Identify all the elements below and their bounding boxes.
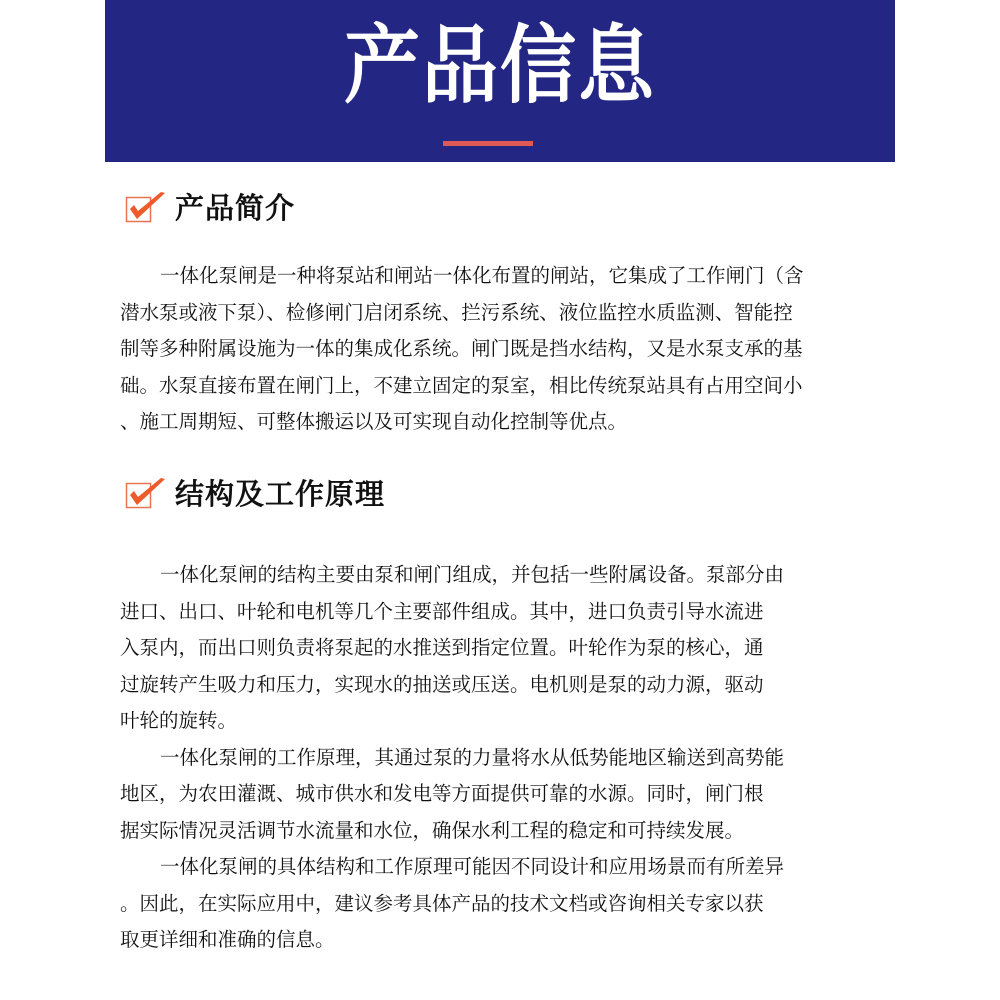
section-body-product-intro: 一体化泵闸是一种将泵站和闸站一体化布置的闸站，它集成了工作闸门（含 潜水泵或液下… [120, 258, 890, 441]
paragraph-line: 地区，为农田灌溉、城市供水和发电等方面提供可靠的水源。同时，闸门根 [120, 776, 890, 813]
title-underline-divider [443, 141, 533, 146]
checkbox-checked-icon [125, 191, 167, 225]
paragraph-line: 入泵内，而出口则负责将泵起的水推送到指定位置。叶轮作为泵的核心，通 [120, 630, 890, 667]
paragraph-line: 据实际情况灵活调节水流量和水位，确保水利工程的稳定和可持续发展。 [120, 813, 890, 850]
paragraph-line: 进口、出口、叶轮和电机等几个主要部件组成。其中，进口负责引导水流进 [120, 594, 890, 631]
section-header-structure-principle: 结构及工作原理 [125, 474, 385, 514]
paragraph-line: 一体化泵闸的工作原理，其通过泵的力量将水从低势能地区输送到高势能 [120, 740, 890, 777]
section-title: 产品简介 [175, 188, 295, 228]
paragraph-line: 制等多种附属设施为一体的集成化系统。闸门既是挡水结构，又是水泵支承的基 [120, 331, 890, 368]
paragraph-line: 一体化泵闸是一种将泵站和闸站一体化布置的闸站，它集成了工作闸门（含 [120, 258, 890, 295]
paragraph-line: 取更详细和准确的信息。 [120, 922, 890, 959]
paragraph-line: 潜水泵或液下泵）、检修闸门启闭系统、拦污系统、液位监控水质监测、智能控 [120, 295, 890, 332]
checkbox-checked-icon [125, 477, 167, 511]
header-banner: 产品信息 [105, 0, 895, 162]
page-title: 产品信息 [105, 23, 895, 108]
paragraph-line: 一体化泵闸的具体结构和工作原理可能因不同设计和应用场景而有所差异 [120, 849, 890, 886]
paragraph-line: 一体化泵闸的结构主要由泵和闸门组成，并包括一些附属设备。泵部分由 [120, 557, 890, 594]
section-body-structure-principle: 一体化泵闸的结构主要由泵和闸门组成，并包括一些附属设备。泵部分由 进口、出口、叶… [120, 557, 890, 959]
paragraph-line: 。因此，在实际应用中，建议参考具体产品的技术文档或咨询相关专家以获 [120, 886, 890, 923]
section-title: 结构及工作原理 [175, 474, 385, 514]
section-header-product-intro: 产品简介 [125, 188, 295, 228]
paragraph-line: 、施工周期短、可整体搬运以及可实现自动化控制等优点。 [120, 404, 890, 441]
paragraph-line: 叶轮的旋转。 [120, 703, 890, 740]
paragraph-line: 础。水泵直接布置在闸门上，不建立固定的泵室，相比传统泵站具有占用空间小 [120, 368, 890, 405]
paragraph-line: 过旋转产生吸力和压力，实现水的抽送或压送。电机则是泵的动力源，驱动 [120, 667, 890, 704]
